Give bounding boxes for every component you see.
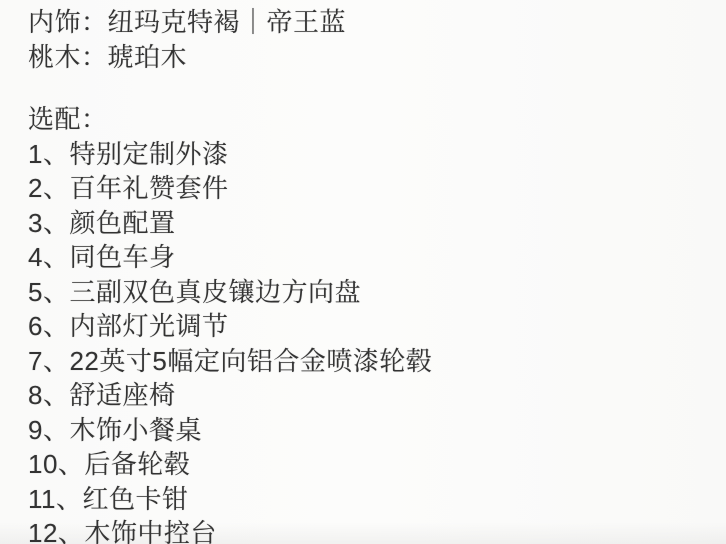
option-item: 12、木饰中控台 bbox=[28, 516, 706, 544]
option-item: 10、后备轮毂 bbox=[28, 447, 706, 482]
option-index: 12、 bbox=[28, 518, 84, 544]
option-index: 9、 bbox=[28, 415, 69, 445]
wood-line: 桃木：琥珀木 bbox=[28, 40, 706, 75]
option-index: 11、 bbox=[28, 484, 83, 514]
option-label: 颜色配置 bbox=[69, 208, 175, 238]
option-label: 舒适座椅 bbox=[69, 380, 175, 410]
option-item: 6、内部灯光调节 bbox=[28, 309, 706, 344]
option-label: 特别定制外漆 bbox=[69, 139, 228, 169]
option-index: 3、 bbox=[28, 208, 69, 238]
document-page: 内饰：纽玛克特褐｜帝王蓝 桃木：琥珀木 选配： 1、特别定制外漆 2、百年礼赞套… bbox=[0, 0, 726, 544]
blank-gap bbox=[28, 74, 706, 102]
option-label: 后备轮毂 bbox=[84, 449, 190, 479]
option-index: 8、 bbox=[28, 380, 69, 410]
option-label: 木饰小餐桌 bbox=[69, 415, 202, 445]
option-index: 4、 bbox=[28, 242, 69, 272]
option-index: 2、 bbox=[28, 173, 69, 203]
option-item: 5、三副双色真皮镶边方向盘 bbox=[28, 275, 706, 310]
option-index: 6、 bbox=[28, 311, 69, 341]
option-item: 9、木饰小餐桌 bbox=[28, 413, 706, 448]
option-index: 10、 bbox=[28, 449, 84, 479]
option-index: 7、 bbox=[28, 346, 69, 376]
option-item: 3、颜色配置 bbox=[28, 206, 706, 241]
interior-label: 内饰： bbox=[28, 7, 108, 37]
option-item: 4、同色车身 bbox=[28, 240, 706, 275]
wood-label: 桃木： bbox=[28, 42, 108, 72]
option-label: 同色车身 bbox=[69, 242, 175, 272]
option-index: 1、 bbox=[28, 139, 69, 169]
option-label: 百年礼赞套件 bbox=[69, 173, 228, 203]
interior-line: 内饰：纽玛克特褐｜帝王蓝 bbox=[28, 5, 706, 40]
interior-value: 纽玛克特褐｜帝王蓝 bbox=[108, 7, 347, 37]
option-item: 1、特别定制外漆 bbox=[28, 137, 706, 172]
option-label: 木饰中控台 bbox=[84, 518, 217, 544]
option-label: 22英寸5幅定向铝合金喷漆轮毂 bbox=[69, 346, 432, 376]
option-index: 5、 bbox=[28, 277, 69, 307]
option-label: 三副双色真皮镶边方向盘 bbox=[69, 277, 361, 307]
option-item: 2、百年礼赞套件 bbox=[28, 171, 706, 206]
option-label: 内部灯光调节 bbox=[69, 311, 228, 341]
options-section-title: 选配： bbox=[28, 102, 706, 137]
option-item: 11、红色卡钳 bbox=[28, 482, 706, 517]
option-label: 红色卡钳 bbox=[83, 484, 189, 514]
option-item: 7、22英寸5幅定向铝合金喷漆轮毂 bbox=[28, 344, 706, 379]
option-item: 8、舒适座椅 bbox=[28, 378, 706, 413]
wood-value: 琥珀木 bbox=[108, 42, 188, 72]
